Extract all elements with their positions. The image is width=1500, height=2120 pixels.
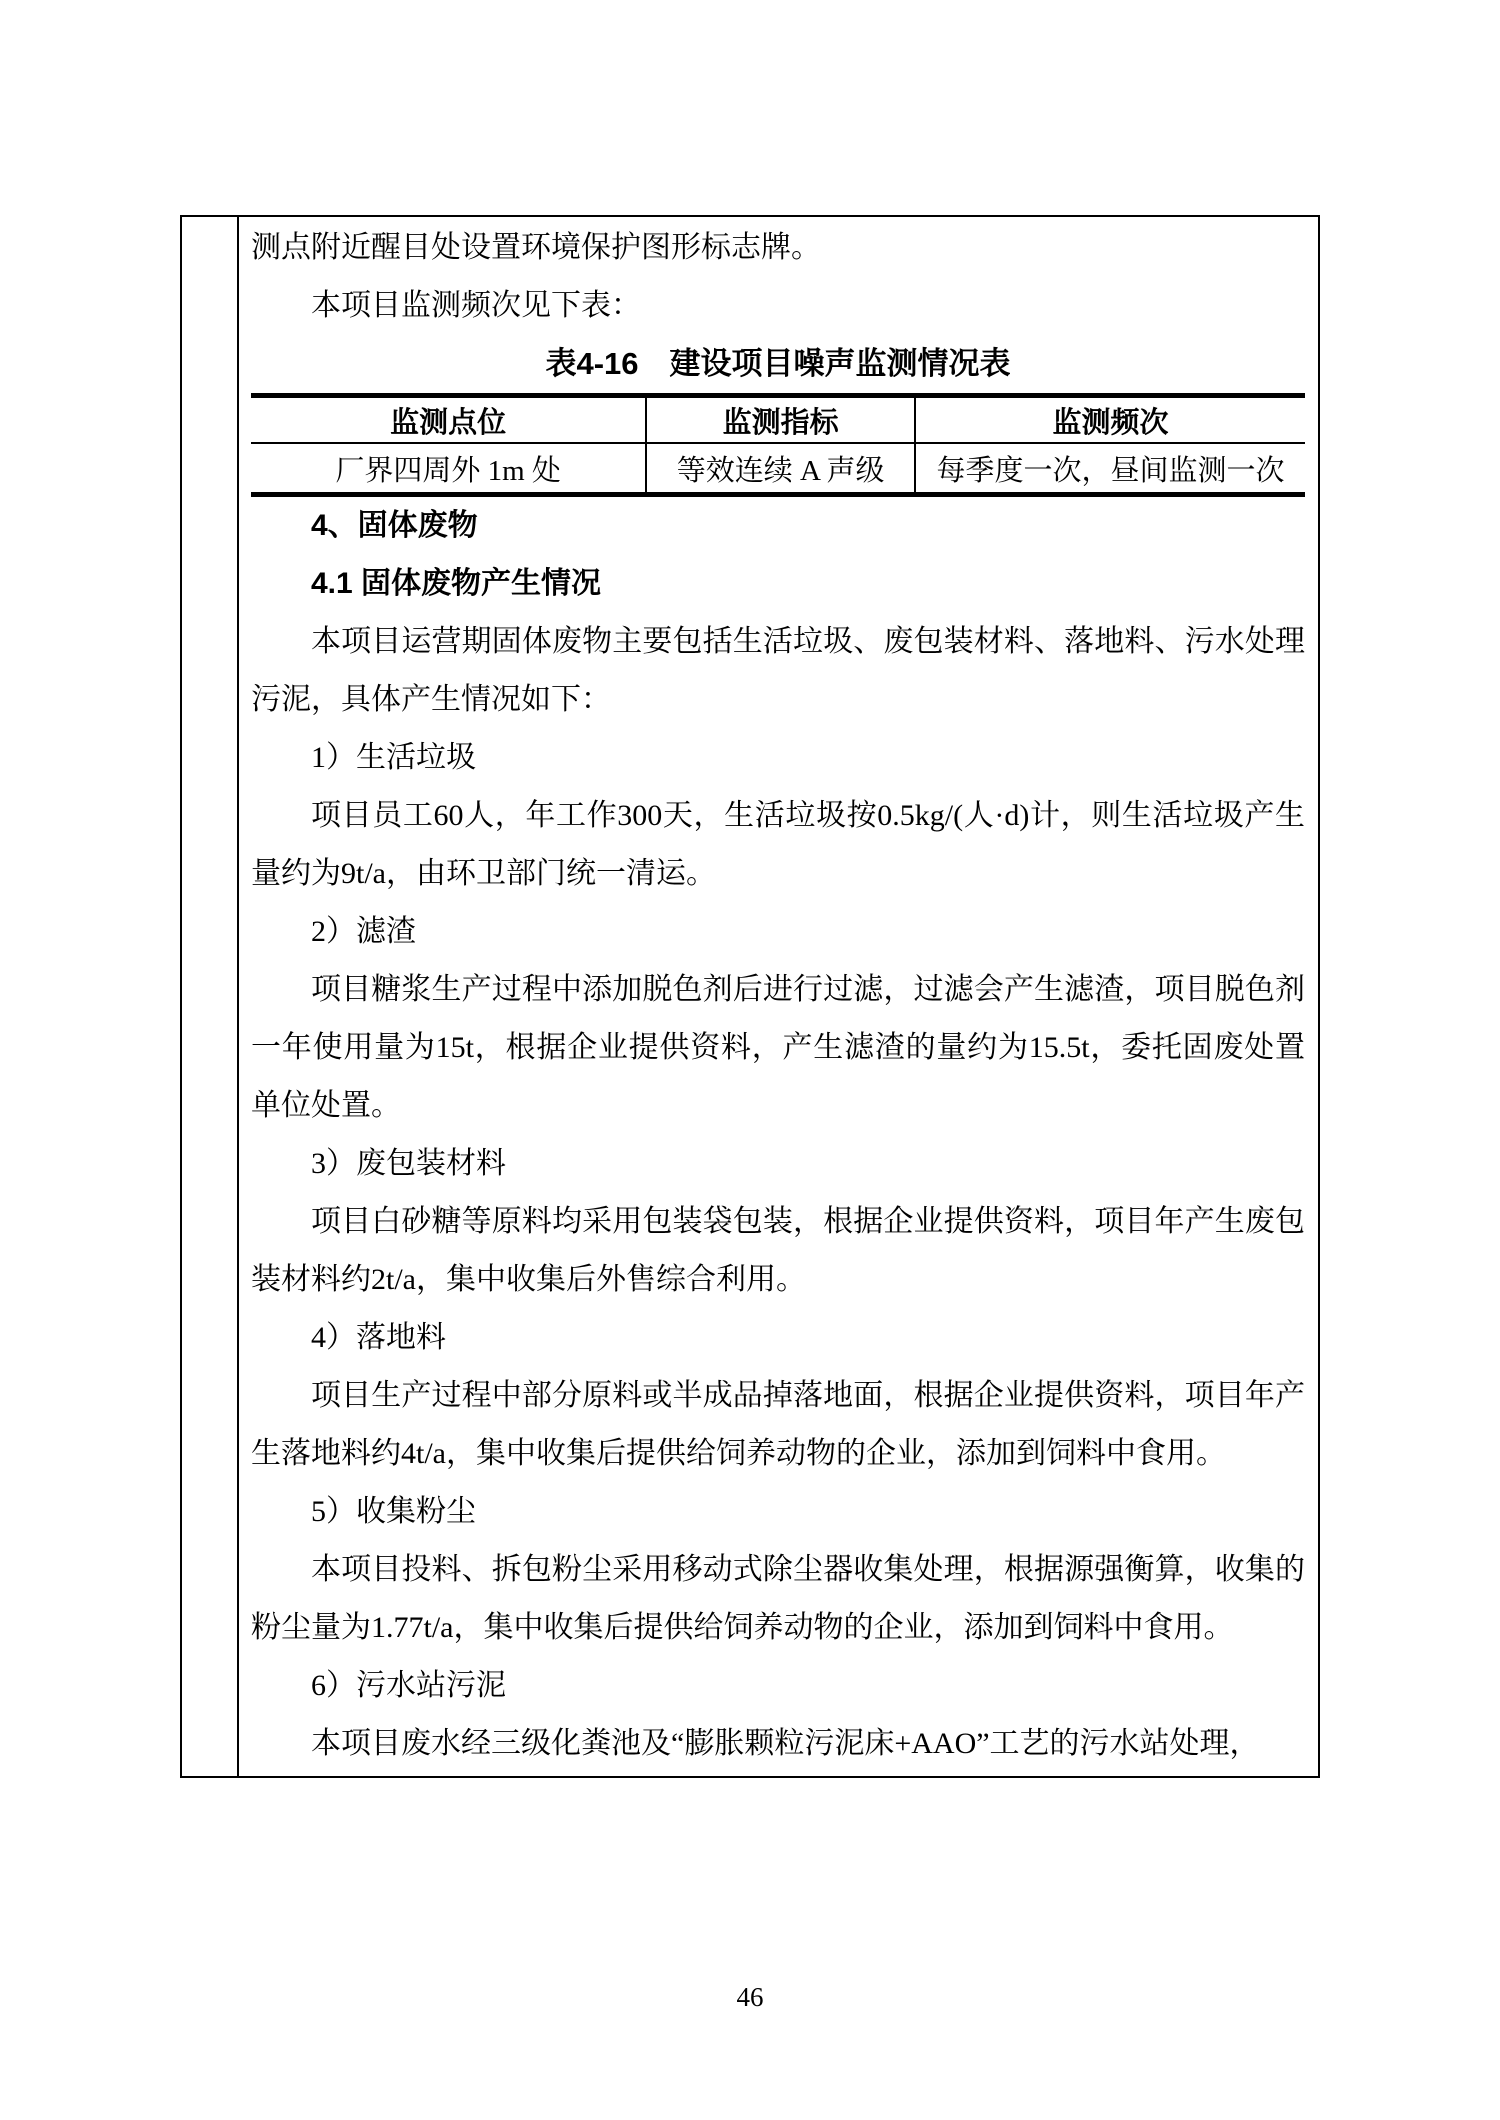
table-header-row: 监测点位 监测指标 监测频次: [251, 396, 1305, 444]
item-body-dropped-material: 项目生产过程中部分原料或半成品掉落地面，根据企业提供资料，项目年产生落地料约4t…: [251, 1367, 1305, 1483]
item-label-filter-residue: 2）滤渣: [251, 903, 1305, 961]
item-label-sewage-sludge: 6）污水站污泥: [251, 1657, 1305, 1715]
cell-monitoring-index: 等效连续 A 声级: [646, 443, 915, 495]
cell-monitoring-frequency: 每季度一次，昼间监测一次: [915, 443, 1305, 495]
item-label-dropped-material: 4）落地料: [251, 1309, 1305, 1367]
item-label-collected-dust: 5）收集粉尘: [251, 1483, 1305, 1541]
paragraph-continuation: 测点附近醒目处设置环境保护图形标志牌。: [251, 219, 1305, 277]
col-header-monitoring-index: 监测指标: [646, 396, 915, 444]
item-body-collected-dust: 本项目投料、拆包粉尘采用移动式除尘器收集处理，根据源强衡算，收集的粉尘量为1.7…: [251, 1541, 1305, 1657]
item-label-domestic-waste: 1）生活垃圾: [251, 729, 1305, 787]
section-subheading: 4.1 固体废物产生情况: [251, 555, 1305, 613]
document-frame: 测点附近醒目处设置环境保护图形标志牌。 本项目监测频次见下表： 表4-16 建设…: [180, 215, 1320, 1778]
left-margin-column: [182, 217, 239, 1776]
paragraph-overview: 本项目运营期固体废物主要包括生活垃圾、废包装材料、落地料、污水处理污泥，具体产生…: [251, 613, 1305, 729]
page-number: 46: [0, 1982, 1500, 2013]
document-content: 测点附近醒目处设置环境保护图形标志牌。 本项目监测频次见下表： 表4-16 建设…: [239, 217, 1318, 1776]
col-header-monitoring-point: 监测点位: [251, 396, 646, 444]
document-page: 测点附近醒目处设置环境保护图形标志牌。 本项目监测频次见下表： 表4-16 建设…: [0, 0, 1500, 2120]
table-row: 厂界四周外 1m 处 等效连续 A 声级 每季度一次，昼间监测一次: [251, 443, 1305, 495]
item-body-domestic-waste: 项目员工60人，年工作300天，生活垃圾按0.5kg/(人·d)计，则生活垃圾产…: [251, 787, 1305, 903]
item-body-waste-packaging: 项目白砂糖等原料均采用包装袋包装，根据企业提供资料，项目年产生废包装材料约2t/…: [251, 1193, 1305, 1309]
item-body-sewage-sludge: 本项目废水经三级化粪池及“膨胀颗粒污泥床+AAO”工艺的污水站处理，: [251, 1715, 1305, 1773]
table-title: 表4-16 建设项目噪声监测情况表: [251, 335, 1305, 393]
noise-monitoring-table: 监测点位 监测指标 监测频次 厂界四周外 1m 处 等效连续 A 声级 每季度一…: [251, 393, 1305, 497]
col-header-monitoring-frequency: 监测频次: [915, 396, 1305, 444]
paragraph-lead-in: 本项目监测频次见下表：: [251, 277, 1305, 335]
section-heading: 4、固体废物: [251, 497, 1305, 555]
cell-monitoring-point: 厂界四周外 1m 处: [251, 443, 646, 495]
item-label-waste-packaging: 3）废包装材料: [251, 1135, 1305, 1193]
item-body-filter-residue: 项目糖浆生产过程中添加脱色剂后进行过滤，过滤会产生滤渣，项目脱色剂一年使用量为1…: [251, 961, 1305, 1135]
